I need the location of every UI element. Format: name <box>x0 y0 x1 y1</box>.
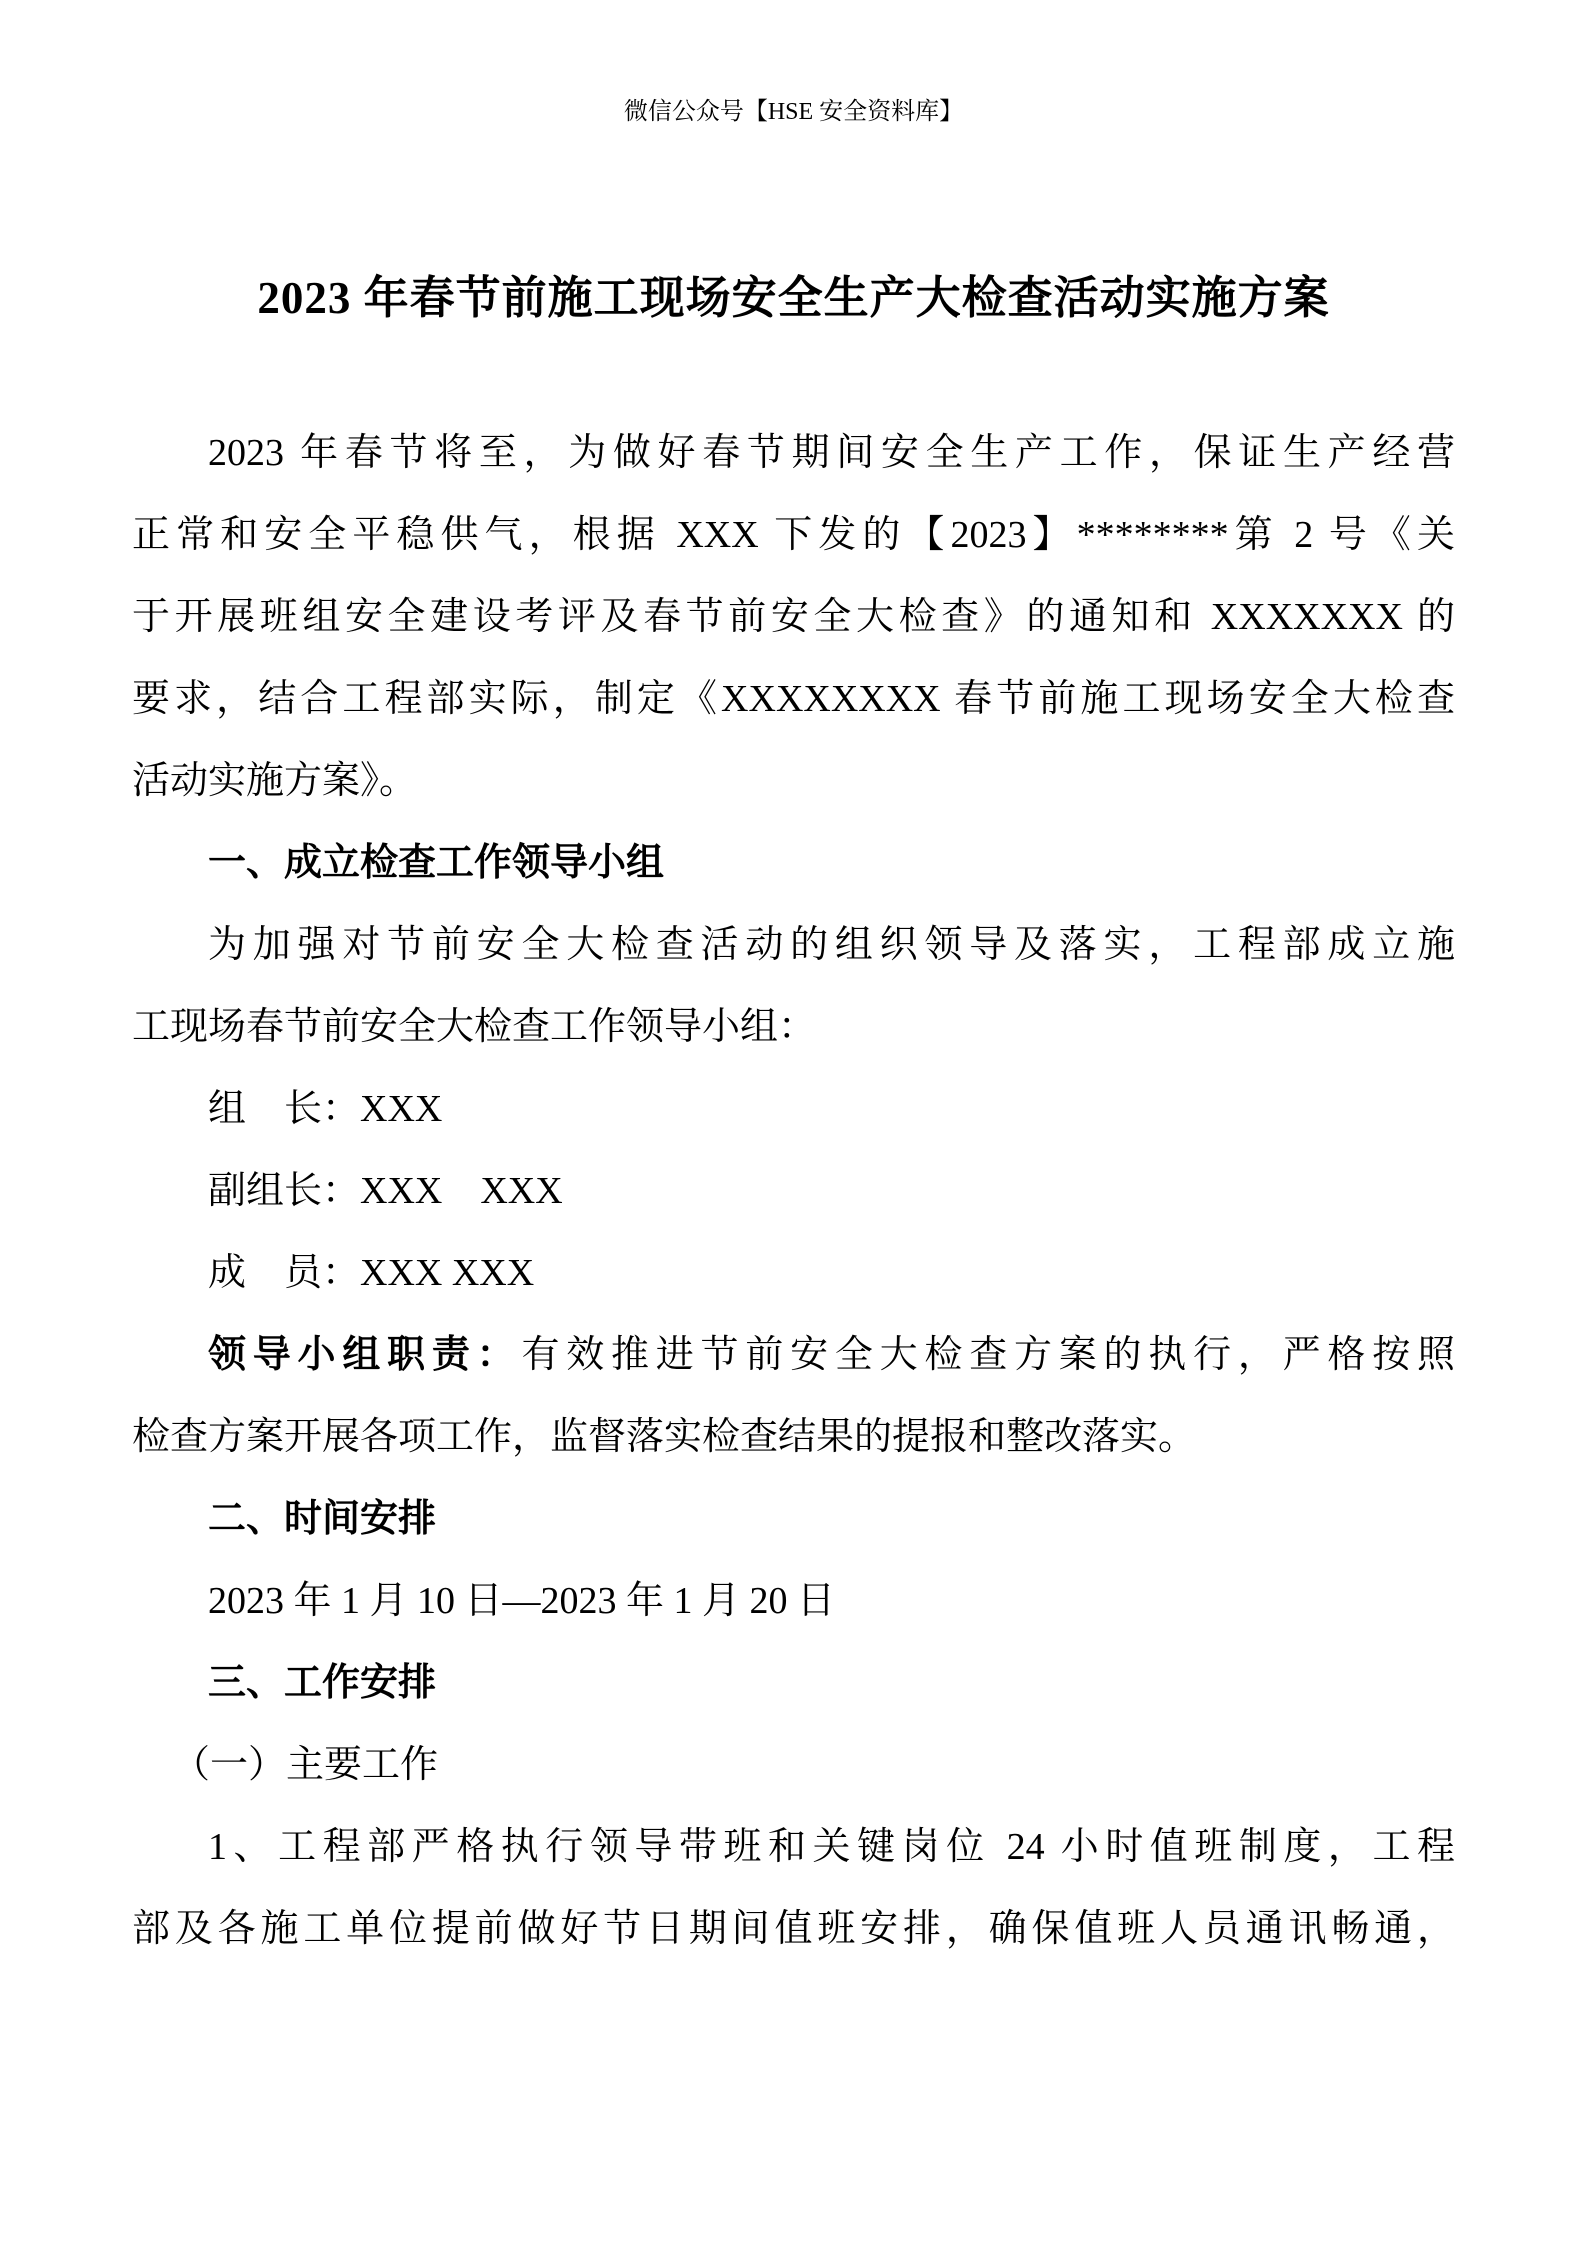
section-2-heading: 二、时间安排 <box>132 1478 1455 1560</box>
section-3-heading: 三、工作安排 <box>132 1642 1455 1724</box>
intro-paragraph-line-3: 于开展班组安全建设考评及春节前安全大检查》的通知和 XXXXXXX 的 <box>132 576 1455 658</box>
document-body: 2023 年春节将至，为做好春节期间安全生产工作，保证生产经营 正常和安全平稳供… <box>132 412 1455 1970</box>
schedule-date-line: 2023 年 1 月 10 日—2023 年 1 月 20 日 <box>132 1560 1455 1642</box>
duty-paragraph-text: 有效推进节前安全大检查方案的执行，严格按照 <box>521 1334 1455 1376</box>
section-1-paragraph-line-1: 为加强对节前安全大检查活动的组织领导及落实，工程部成立施 <box>132 904 1455 986</box>
intro-paragraph-line-2: 正常和安全平稳供气，根据 XXX 下发的【2023】********第 2 号《… <box>132 494 1455 576</box>
document-title: 2023 年春节前施工现场安全生产大检查活动实施方案 <box>132 266 1455 330</box>
deputy-leader-line: 副组长：XXX XXX <box>132 1150 1455 1232</box>
section-1-heading: 一、成立检查工作领导小组 <box>132 822 1455 904</box>
duty-paragraph-line-2: 检查方案开展各项工作，监督落实检查结果的提报和整改落实。 <box>132 1396 1455 1478</box>
intro-paragraph-line-5: 活动实施方案》。 <box>132 740 1455 822</box>
item-1-paragraph-line-2: 部及各施工单位提前做好节日期间值班安排，确保值班人员通讯畅通， <box>132 1888 1455 1970</box>
intro-paragraph-line-1: 2023 年春节将至，为做好春节期间安全生产工作，保证生产经营 <box>132 412 1455 494</box>
document-page: 微信公众号【HSE 安全资料库】 2023 年春节前施工现场安全生产大检查活动实… <box>0 0 1587 2245</box>
duty-paragraph-line-1: 领导小组职责：有效推进节前安全大检查方案的执行，严格按照 <box>132 1314 1455 1396</box>
duty-paragraph-lead: 领导小组职责： <box>208 1334 521 1376</box>
intro-paragraph-line-4: 要求，结合工程部实际，制定《XXXXXXXX 春节前施工现场安全大检查 <box>132 658 1455 740</box>
group-leader-line: 组 长：XXX <box>132 1068 1455 1150</box>
section-1-paragraph-line-2: 工现场春节前安全大检查工作领导小组： <box>132 986 1455 1068</box>
members-line: 成 员：XXX XXX <box>132 1232 1455 1314</box>
subsection-1-heading: （一）主要工作 <box>132 1724 1455 1806</box>
wechat-account-header: 微信公众号【HSE 安全资料库】 <box>0 0 1587 128</box>
item-1-paragraph-line-1: 1、工程部严格执行领导带班和关键岗位 24 小时值班制度，工程 <box>132 1806 1455 1888</box>
